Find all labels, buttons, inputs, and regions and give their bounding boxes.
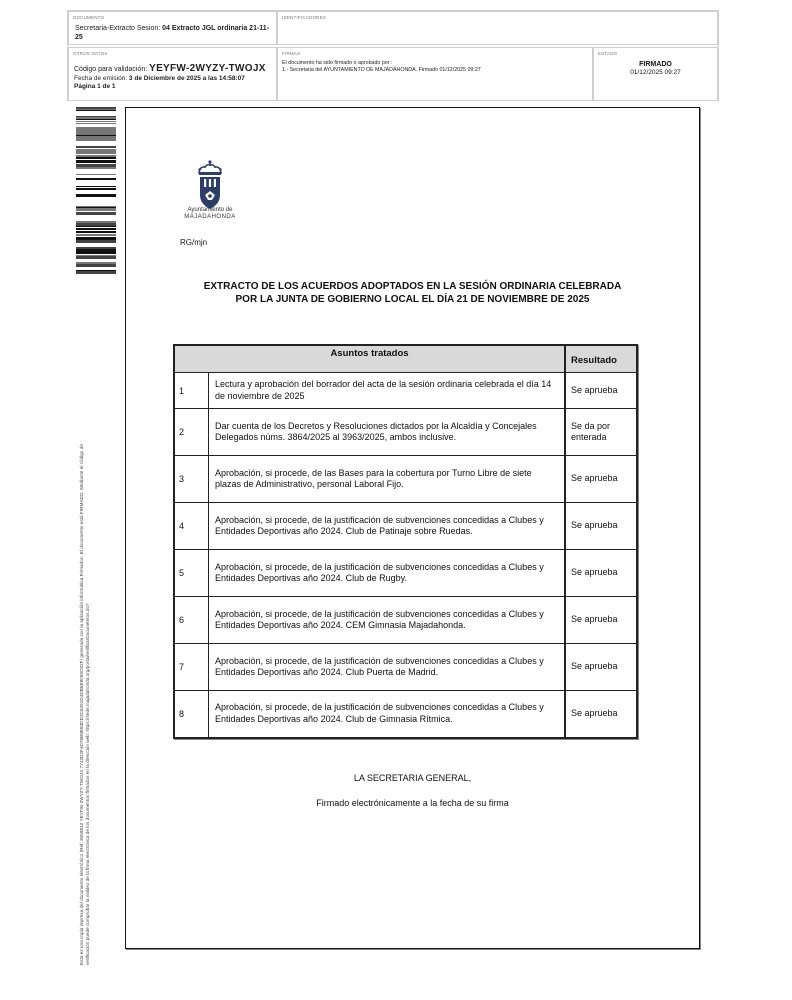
emission-label: Fecha de emisión: (74, 75, 129, 82)
table-row: 6Aprobación, si procede, de la justifica… (174, 597, 637, 644)
status-date: 01/12/2025 09:27 (594, 69, 717, 76)
row-number: 3 (174, 456, 209, 503)
identificadores-cell: IDENTIFICADORES (277, 11, 718, 45)
firmas-line-2: 1.- Secretaria del AYUNTAMIENTO DE MAJAD… (282, 67, 481, 73)
row-asunto: Aprobación, si procede, de la justificac… (209, 597, 566, 644)
row-number: 6 (174, 597, 209, 644)
row-resultado: Se da por enterada (565, 409, 637, 456)
estado-label: ESTADO (598, 51, 617, 56)
row-asunto: Aprobación, si procede, de las Bases par… (209, 456, 566, 503)
row-asunto: Aprobación, si procede, de la justificac… (209, 550, 566, 597)
row-asunto: Aprobación, si procede, de la justificac… (209, 644, 566, 691)
validation-label: Código para validación: (74, 66, 149, 73)
verification-line-2: verificación puede comprobar la validez … (85, 295, 91, 965)
status-badge: FIRMADO (594, 61, 717, 68)
signature-note: Firmado electrónicamente a la fecha de s… (160, 798, 665, 808)
validation-code-line: Código para validación: YEYFW-2WYZY-TWOJ… (74, 63, 266, 74)
reference-initials: RG/mjn (180, 238, 207, 247)
row-number: 5 (174, 550, 209, 597)
logo-text-1: Ayuntamiento de (178, 207, 242, 213)
header-asuntos: Asuntos tratados (174, 345, 565, 373)
document-header: DOCUMENTO Secretaria-Extracto Sesion: 04… (67, 10, 719, 101)
documento-label: DOCUMENTO (73, 15, 104, 20)
firmas-label: FIRMAS (282, 51, 300, 56)
otros-datos-cell: OTROS DATOS Código para validación: YEYF… (68, 47, 277, 101)
row-resultado: Se aprueba (565, 373, 637, 409)
document-title-prefix: Secretaria-Extracto Sesion: (75, 25, 162, 32)
page-count: Página 1 de 1 (74, 83, 116, 90)
row-resultado: Se aprueba (565, 550, 637, 597)
row-number: 2 (174, 409, 209, 456)
logo-text-2: MAJADAHONDA (178, 214, 242, 220)
estado-cell: ESTADO FIRMADO 01/12/2025 09:27 (593, 47, 718, 101)
row-asunto: Lectura y aprobación del borrador del ac… (209, 373, 566, 409)
agreements-table: Asuntos tratados Resultado 1Lectura y ap… (173, 344, 638, 739)
signatory-role: LA SECRETARIA GENERAL, (160, 773, 665, 783)
document-heading: EXTRACTO DE LOS ACUERDOS ADOPTADOS EN LA… (160, 280, 665, 306)
table-row: 2Dar cuenta de los Decretos y Resolucion… (174, 409, 637, 456)
row-resultado: Se aprueba (565, 691, 637, 738)
row-asunto: Aprobación, si procede, de la justificac… (209, 691, 566, 738)
heading-line-1: EXTRACTO DE LOS ACUERDOS ADOPTADOS EN LA… (160, 280, 665, 293)
row-resultado: Se aprueba (565, 644, 637, 691)
row-number: 1 (174, 373, 209, 409)
row-number: 4 (174, 503, 209, 550)
header-resultado: Resultado (565, 345, 637, 373)
row-asunto: Dar cuenta de los Decretos y Resolucione… (209, 409, 566, 456)
table-row: 7Aprobación, si procede, de la justifica… (174, 644, 637, 691)
barcode-icon (76, 107, 116, 275)
row-resultado: Se aprueba (565, 597, 637, 644)
table-row: 8Aprobación, si procede, de la justifica… (174, 691, 637, 738)
table-row: 3Aprobación, si procede, de las Bases pa… (174, 456, 637, 503)
verification-side-text: Esta es una copia impresa del documento … (79, 295, 91, 965)
emission-date-line: Fecha de emisión: 3 de Diciembre de 2025… (74, 75, 245, 82)
table-header-row: Asuntos tratados Resultado (174, 345, 637, 373)
emission-value: 3 de Diciembre de 2025 a las 14:58:07 (129, 75, 245, 82)
firmas-line-1: El documento ha sido firmado o aprobado … (282, 60, 392, 66)
heading-line-2: POR LA JUNTA DE GOBIERNO LOCAL EL DÍA 21… (160, 293, 665, 306)
table-row: 1Lectura y aprobación del borrador del a… (174, 373, 637, 409)
table-row: 4Aprobación, si procede, de la justifica… (174, 503, 637, 550)
row-resultado: Se aprueba (565, 456, 637, 503)
otros-datos-label: OTROS DATOS (73, 51, 108, 56)
row-number: 8 (174, 691, 209, 738)
document-title: Secretaria-Extracto Sesion: 04 Extracto … (75, 24, 275, 42)
validation-code: YEYFW-2WYZY-TWOJX (149, 63, 266, 74)
row-asunto: Aprobación, si procede, de la justificac… (209, 503, 566, 550)
row-resultado: Se aprueba (565, 503, 637, 550)
row-number: 7 (174, 644, 209, 691)
documento-cell: DOCUMENTO Secretaria-Extracto Sesion: 04… (68, 11, 277, 45)
firmas-cell: FIRMAS El documento ha sido firmado o ap… (277, 47, 593, 101)
table-row: 5Aprobación, si procede, de la justifica… (174, 550, 637, 597)
identificadores-label: IDENTIFICADORES (282, 15, 326, 20)
